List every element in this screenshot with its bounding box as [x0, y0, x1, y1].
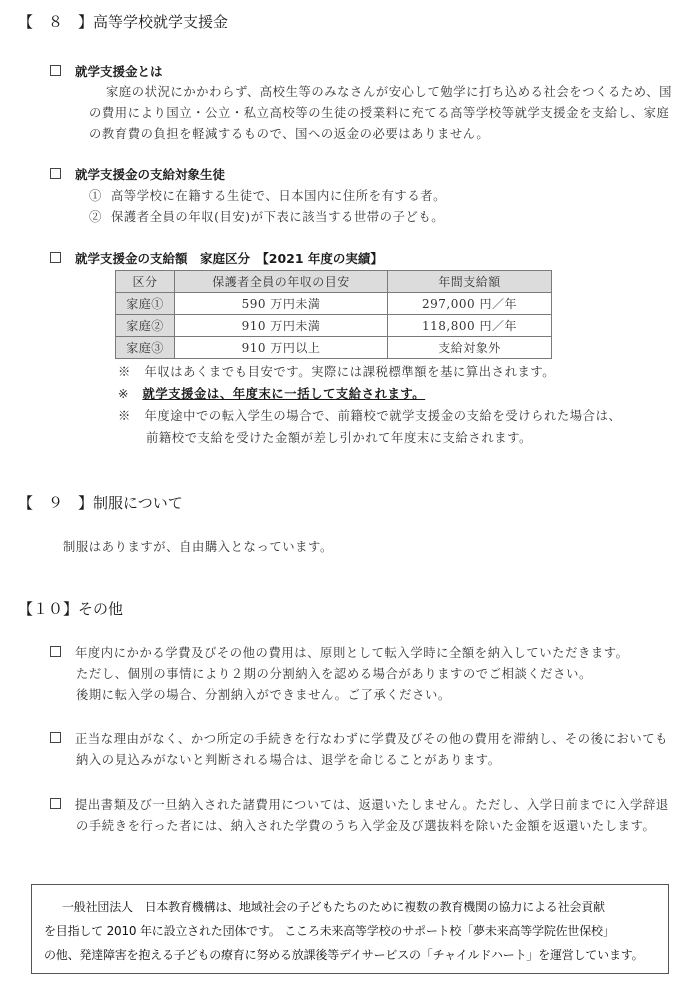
table-cell-category: 家庭③	[116, 337, 175, 359]
note-3-text: 年度途中での転入学生の場合で、前籍校で就学支援金の支給を受けられた場合は、	[144, 409, 621, 423]
eligibility-item-2-text: 保護者全員の年収(目安)が下表に該当する世帯の子ども。	[111, 210, 444, 224]
eligibility-item-1-text: 高等学校に在籍する生徒で、日本国内に住所を有する者。	[111, 189, 446, 203]
about-line-2: の費用により国立・公立・私立高校等の生徒の授業料に充てる高等学校等就学支援金を支…	[89, 103, 669, 121]
footer-line-2: を目指して 2010 年に設立された団体です。 こころ未来高等学校のサポート校「…	[44, 922, 615, 939]
about-title: 就学支援金とは	[75, 64, 163, 79]
note-3-continued: 前籍校で支給を受けた金額が差し引かれて年度末に支給されます。	[146, 428, 532, 446]
table-cell-amount: 297,000 円／年	[388, 293, 552, 315]
footer-line-1: 一般社団法人 日本教育機構は、地域社会の子どもたちのために複数の教育機関の協力に…	[62, 898, 605, 915]
eligibility-item-1: ① 高等学校に在籍する生徒で、日本国内に住所を有する者。	[89, 186, 446, 204]
other-item-3-text: 提出書類及び一旦納入された諸費用については、返還いたしません。ただし、入学日前ま…	[75, 798, 669, 812]
eligibility-item-2: ② 保護者全員の年収(目安)が下表に該当する世帯の子ども。	[89, 207, 444, 225]
table-cell-income: 910 万円以上	[175, 337, 388, 359]
table-header-income: 保護者全員の年収の目安	[175, 271, 388, 293]
organization-info-box: 一般社団法人 日本教育機構は、地域社会の子どもたちのために複数の教育機関の協力に…	[31, 884, 669, 974]
note-2: ※ 就学支援金は、年度末に一括して支給されます。	[118, 384, 425, 402]
table-row: 家庭① 590 万円未満 297,000 円／年	[116, 293, 552, 315]
section-10-heading: 【１０】その他	[18, 598, 123, 619]
eligibility-subheading: 就学支援金の支給対象生徒	[50, 165, 225, 183]
checkbox-square-icon	[50, 168, 61, 179]
circled-number-2: ②	[89, 210, 102, 224]
amount-subheading: 就学支援金の支給額 家庭区分 【2021 年度の実績】	[50, 249, 383, 267]
table-row: 家庭③ 910 万円以上 支給対象外	[116, 337, 552, 359]
uniform-text: 制服はありますが、自由購入となっています。	[63, 537, 333, 555]
table-header-amount: 年間支給額	[388, 271, 552, 293]
about-subheading: 就学支援金とは	[50, 62, 163, 80]
about-line-1: 家庭の状況にかかわらず、高校生等のみなさんが安心して勉学に打ち込める社会をつくる…	[106, 82, 672, 100]
other-item-1-line-1: 年度内にかかる学費及びその他の費用は、原則として転入学時に全額を納入していただき…	[50, 643, 629, 661]
reference-mark-icon: ※	[118, 409, 131, 423]
section-9-heading: 【 ９ 】制服について	[18, 492, 183, 513]
other-item-1-line-3: 後期に転入学の場合、分割納入ができません。ご了承ください。	[76, 685, 451, 703]
eligibility-title: 就学支援金の支給対象生徒	[75, 167, 225, 182]
table-cell-amount: 支給対象外	[388, 337, 552, 359]
note-2-text: 就学支援金は、年度末に一括して支給されます。	[142, 387, 425, 401]
table-header-category: 区分	[116, 271, 175, 293]
checkbox-square-icon	[50, 65, 61, 76]
reference-mark-icon: ※	[118, 387, 129, 401]
about-line-3: の教育費の負担を軽減するもので、国への返金の必要はありません。	[89, 124, 489, 142]
amount-title: 就学支援金の支給額 家庭区分 【2021 年度の実績】	[75, 251, 383, 266]
circled-number-1: ①	[89, 189, 102, 203]
checkbox-square-icon	[50, 646, 61, 657]
checkbox-square-icon	[50, 252, 61, 263]
other-item-2-line-1: 正当な理由がなく、かつ所定の手続きを行なわずに学費及びその他の費用を滞納し、その…	[50, 729, 668, 747]
section-8-heading: 【 ８ 】高等学校就学支援金	[18, 11, 228, 32]
note-3: ※ 年度途中での転入学生の場合で、前籍校で就学支援金の支給を受けられた場合は、	[118, 406, 621, 424]
table-header-row: 区分 保護者全員の年収の目安 年間支給額	[116, 271, 552, 293]
note-1: ※ 年収はあくまでも目安です。実際には課税標準額を基に算出されます。	[118, 362, 555, 380]
table-cell-income: 910 万円未満	[175, 315, 388, 337]
support-amount-table: 区分 保護者全員の年収の目安 年間支給額 家庭① 590 万円未満 297,00…	[115, 270, 552, 359]
checkbox-square-icon	[50, 732, 61, 743]
other-item-3-line-1: 提出書類及び一旦納入された諸費用については、返還いたしません。ただし、入学日前ま…	[50, 795, 669, 813]
other-item-1-line-2: ただし、個別の事情により２期の分割納入を認める場合がありますのでご相談ください。	[76, 664, 592, 682]
table-cell-amount: 118,800 円／年	[388, 315, 552, 337]
checkbox-square-icon	[50, 798, 61, 809]
other-item-2-text: 正当な理由がなく、かつ所定の手続きを行なわずに学費及びその他の費用を滞納し、その…	[75, 732, 668, 746]
table-cell-category: 家庭②	[116, 315, 175, 337]
other-item-1-text: 年度内にかかる学費及びその他の費用は、原則として転入学時に全額を納入していただき…	[75, 646, 629, 660]
footer-line-3: の他、発達障害を抱える子どもの療育に努める放課後等デイサービスの「チャイルドハー…	[44, 946, 643, 963]
table-cell-category: 家庭①	[116, 293, 175, 315]
other-item-2-line-2: 納入の見込みがないと判断される場合は、退学を命じることがあります。	[76, 750, 501, 768]
other-item-3-line-2: の手続きを行った者には、納入された学費のうち入学金及び選抜料を除いた金額を返還い…	[76, 816, 655, 834]
note-1-text: 年収はあくまでも目安です。実際には課税標準額を基に算出されます。	[144, 365, 555, 379]
table-cell-income: 590 万円未満	[175, 293, 388, 315]
reference-mark-icon: ※	[118, 365, 131, 379]
table-row: 家庭② 910 万円未満 118,800 円／年	[116, 315, 552, 337]
